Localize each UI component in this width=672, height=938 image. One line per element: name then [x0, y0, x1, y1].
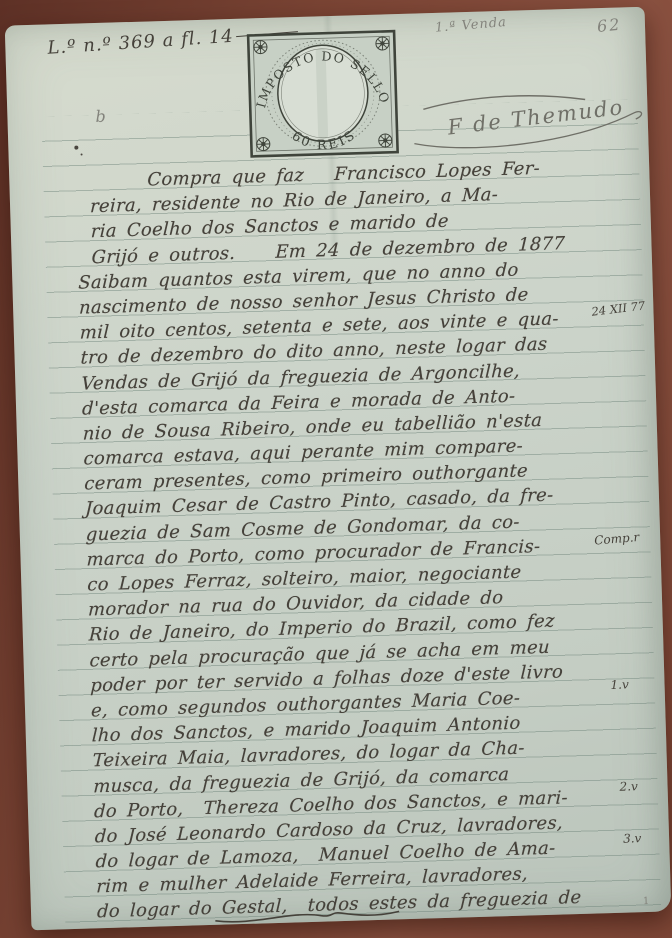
pencil-mark: b — [95, 107, 106, 126]
margin-note-seller-3: 3.v — [623, 831, 642, 846]
office-note: 1.ª Venda — [434, 15, 507, 36]
document-page: L.º n.º 369 a fl. 14 1.ª Venda 62 — [5, 7, 672, 931]
revenue-stamp: IMPOSTO DO SELLO 60 REIS — [245, 28, 401, 159]
registry-note-text: L.º n.º 369 a fl. 14 — [47, 26, 235, 59]
signature-text: F de Themudo — [445, 95, 625, 140]
manuscript-body: Compra que faz Francisco Lopes Fer-reira… — [75, 153, 663, 925]
ink-speck — [74, 146, 78, 150]
margin-note-seller-1: 1.v — [610, 677, 629, 692]
page-mark: 1 — [643, 896, 650, 907]
margin-note-seller-2: 2.v — [619, 779, 638, 794]
photo-background: L.º n.º 369 a fl. 14 1.ª Venda 62 — [0, 0, 672, 938]
document-number: 62 — [596, 15, 622, 36]
